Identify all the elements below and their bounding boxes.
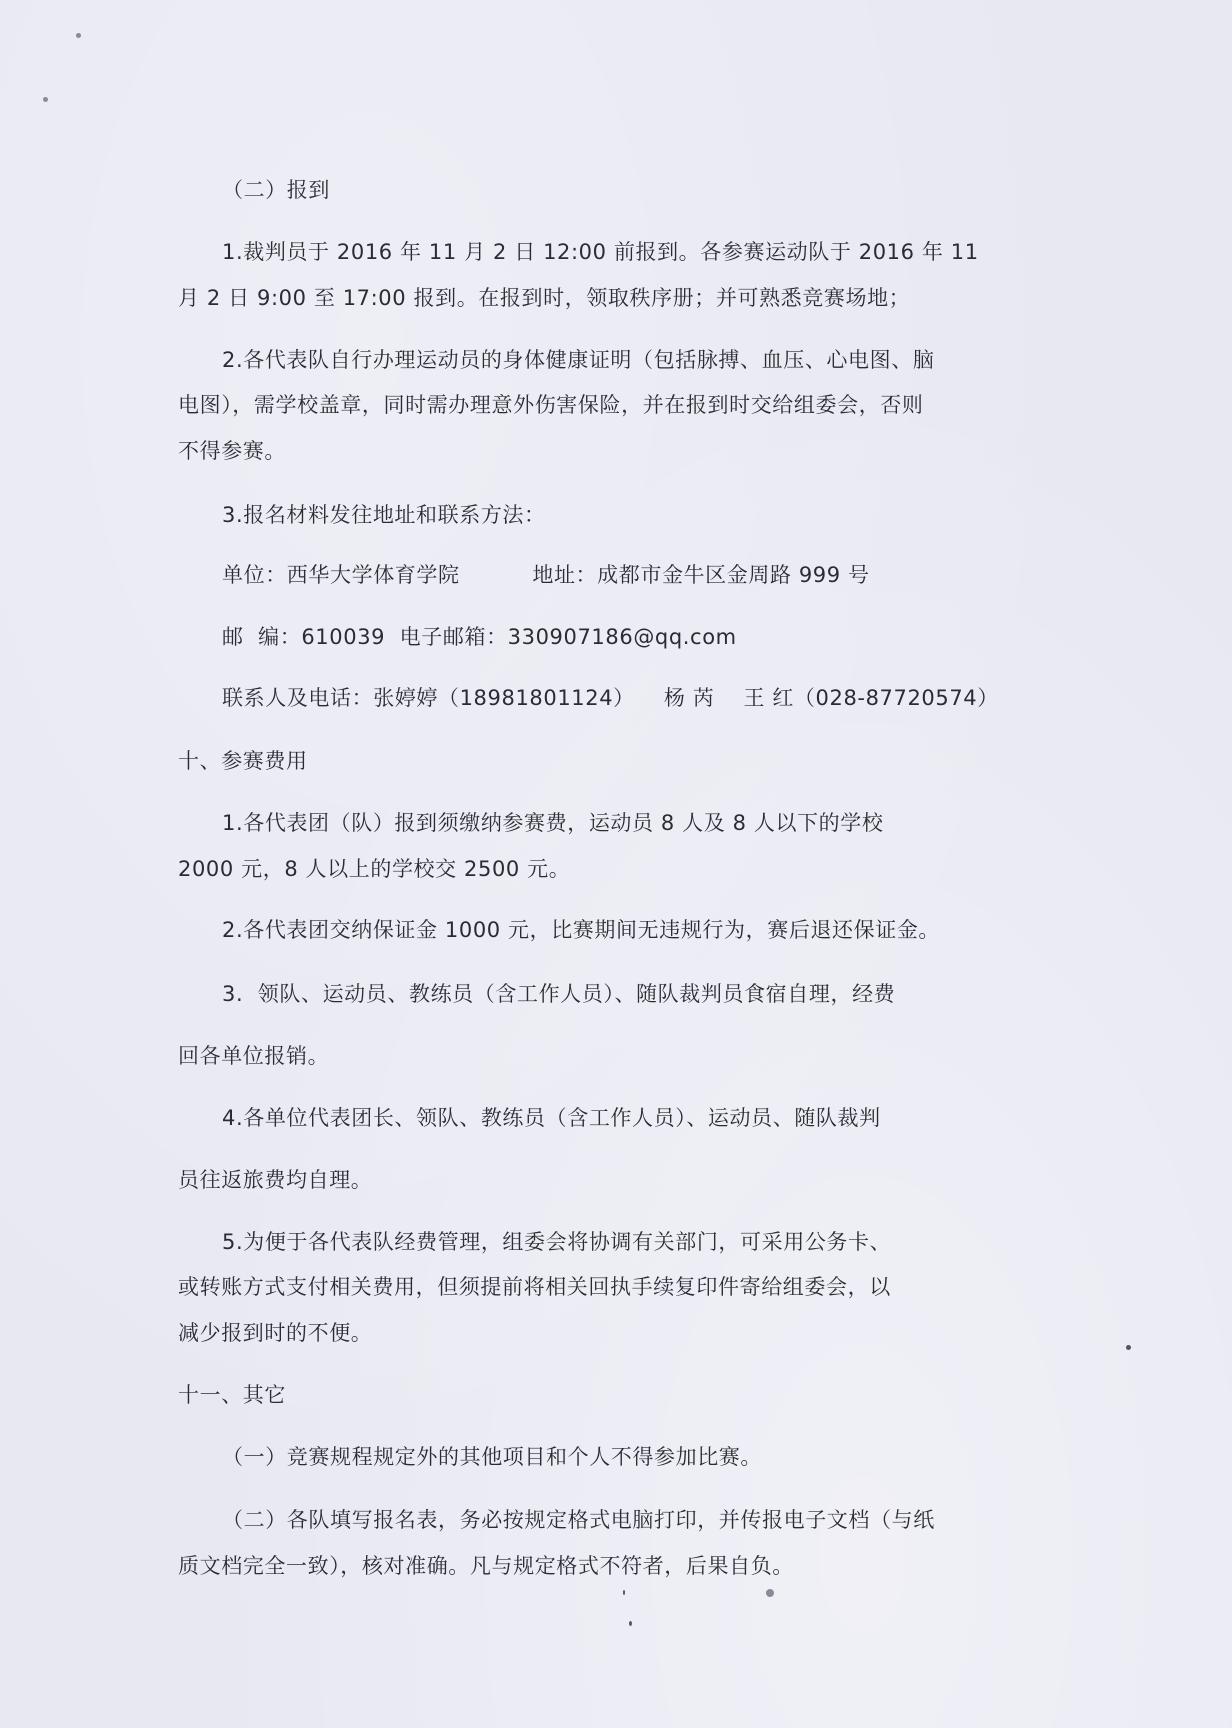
scan-speck [76,33,81,38]
section-heading-registration: （二）报到 [222,176,330,204]
paragraph-line: 5.为便于各代表队经费管理，组委会将协调有关部门，可采用公务卡、 [222,1228,891,1256]
paragraph-line: 3. 领队、运动员、教练员（含工作人员）、随队裁判员食宿自理，经费 [222,980,895,1008]
paragraph-line: 减少报到时的不便。 [178,1319,372,1347]
scan-speck [623,1590,625,1595]
section-heading-other: 十一、其它 [178,1381,286,1409]
paragraph-line: 3.报名材料发往地址和联系方法： [222,501,546,529]
paragraph-line: 电图），需学校盖章，同时需办理意外伤害保险，并在报到时交给组委会，否则 [178,391,924,419]
contact-postal-email: 邮 编：610039 电子邮箱：330907186@qq.com [222,623,737,651]
paragraph-line: （一）竞赛规程规定外的其他项目和个人不得参加比赛。 [222,1443,762,1471]
paragraph-line: 4.各单位代表团长、领队、教练员（含工作人员）、运动员、随队裁判 [222,1104,881,1132]
scan-speck [43,97,48,102]
scan-speck [1126,1345,1131,1350]
section-heading-fees: 十、参赛费用 [178,747,308,775]
scanned-document-page: （二）报到 1.裁判员于 2016 年 11 月 2 日 12:00 前报到。各… [0,0,1232,1728]
paragraph-line: 回各单位报销。 [178,1042,329,1070]
paragraph-line: 员往返旅费均自理。 [178,1166,372,1194]
paragraph-line: 不得参赛。 [178,437,286,465]
paragraph-line: 或转账方式支付相关费用，但须提前将相关回执手续复印件寄给组委会，以 [178,1273,891,1301]
paragraph-line: 质文档完全一致），核对准确。凡与规定格式不符者，后果自负。 [178,1552,794,1580]
paragraph-line: 月 2 日 9:00 至 17:00 报到。在报到时，领取秩序册；并可熟悉竞赛场… [178,284,910,312]
paragraph-line: （二）各队填写报名表，务必按规定格式电脑打印，并传报电子文档（与纸 [222,1506,935,1534]
paragraph-line: 2.各代表团交纳保证金 1000 元，比赛期间无违规行为，赛后退还保证金。 [222,916,940,944]
contact-unit-address: 单位：西华大学体育学院 地址：成都市金牛区金周路 999 号 [222,561,870,589]
scan-speck [766,1589,774,1597]
contact-persons-phone: 联系人及电话：张婷婷（18981801124） 杨 芮 王 红（028-8772… [222,684,999,712]
scan-speck [629,1621,632,1626]
paragraph-line: 2.各代表队自行办理运动员的身体健康证明（包括脉搏、血压、心电图、脑 [222,346,934,374]
paragraph-line: 1.裁判员于 2016 年 11 月 2 日 12:00 前报到。各参赛运动队于… [222,238,979,266]
paragraph-line: 1.各代表团（队）报到须缴纳参赛费，运动员 8 人及 8 人以下的学校 [222,809,883,837]
paragraph-line: 2000 元，8 人以上的学校交 2500 元。 [178,855,570,883]
